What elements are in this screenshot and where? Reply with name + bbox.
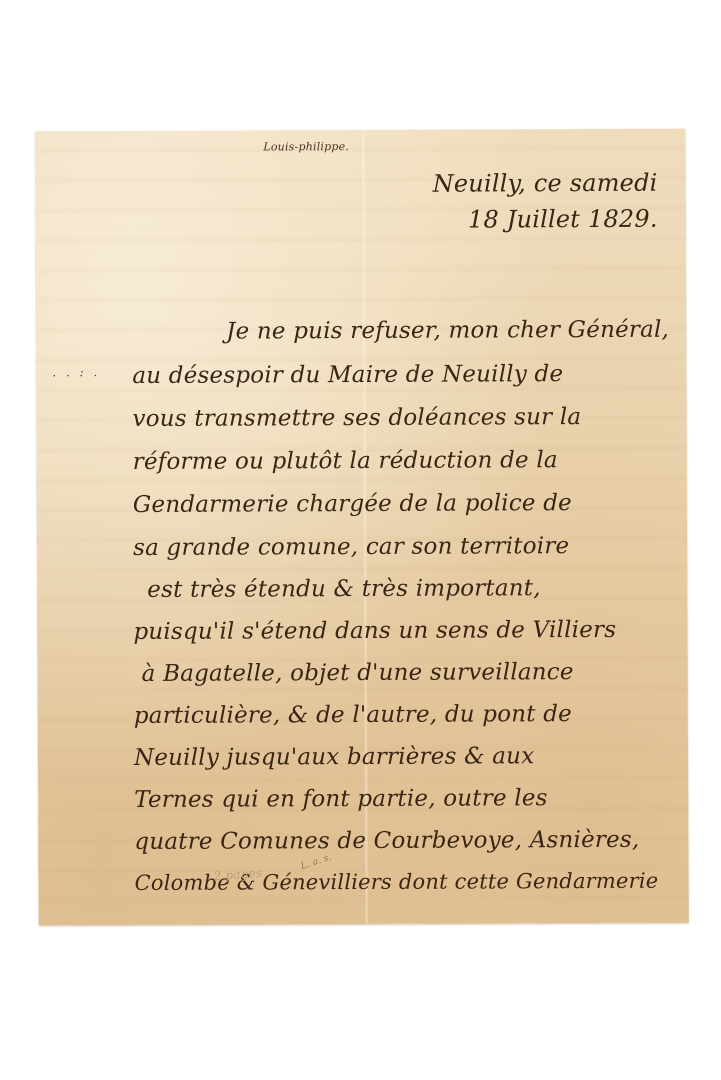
body-line-13: quatre Comunes de Courbevoye, Asnières, xyxy=(134,827,639,855)
letter-sheet: Louis-philippe. Neuilly, ce samedi 18 Ju… xyxy=(35,129,688,926)
body-line-8: puisqu'il s'étend dans un sens de Villie… xyxy=(133,617,616,645)
body-line-10: particulière, & de l'autre, du pont de xyxy=(134,701,572,729)
body-line-3: vous transmettre ses doléances sur la xyxy=(132,404,581,432)
body-line-7: est très étendu & très important, xyxy=(147,575,541,603)
pencil-note-mark: L. a. s. xyxy=(300,852,333,871)
body-line-12: Ternes qui en font partie, outre les xyxy=(134,785,548,813)
place-line: Neuilly, ce samedi xyxy=(433,165,658,202)
body-line-4: réforme ou plutôt la réduction de la xyxy=(133,447,558,475)
body-line-1: Je ne puis refuser, mon cher Général, xyxy=(226,317,669,345)
date-line: 18 Juillet 1829. xyxy=(433,201,658,238)
body-line-9: à Bagatelle, objet d'une surveillance xyxy=(142,659,574,687)
body-line-5: Gendarmerie chargée de la police de xyxy=(133,490,572,518)
attribution-note: Louis-philippe. xyxy=(263,140,349,153)
body-line-11: Neuilly jusqu'aux barrières & aux xyxy=(134,743,534,771)
body-line-2: au désespoir du Maire de Neuilly de xyxy=(132,361,563,389)
body-line-6: sa grande comune, car son territoire xyxy=(133,533,569,561)
margin-marks: . . : . xyxy=(52,365,100,379)
letter-heading: Neuilly, ce samedi 18 Juillet 1829. xyxy=(433,165,658,238)
